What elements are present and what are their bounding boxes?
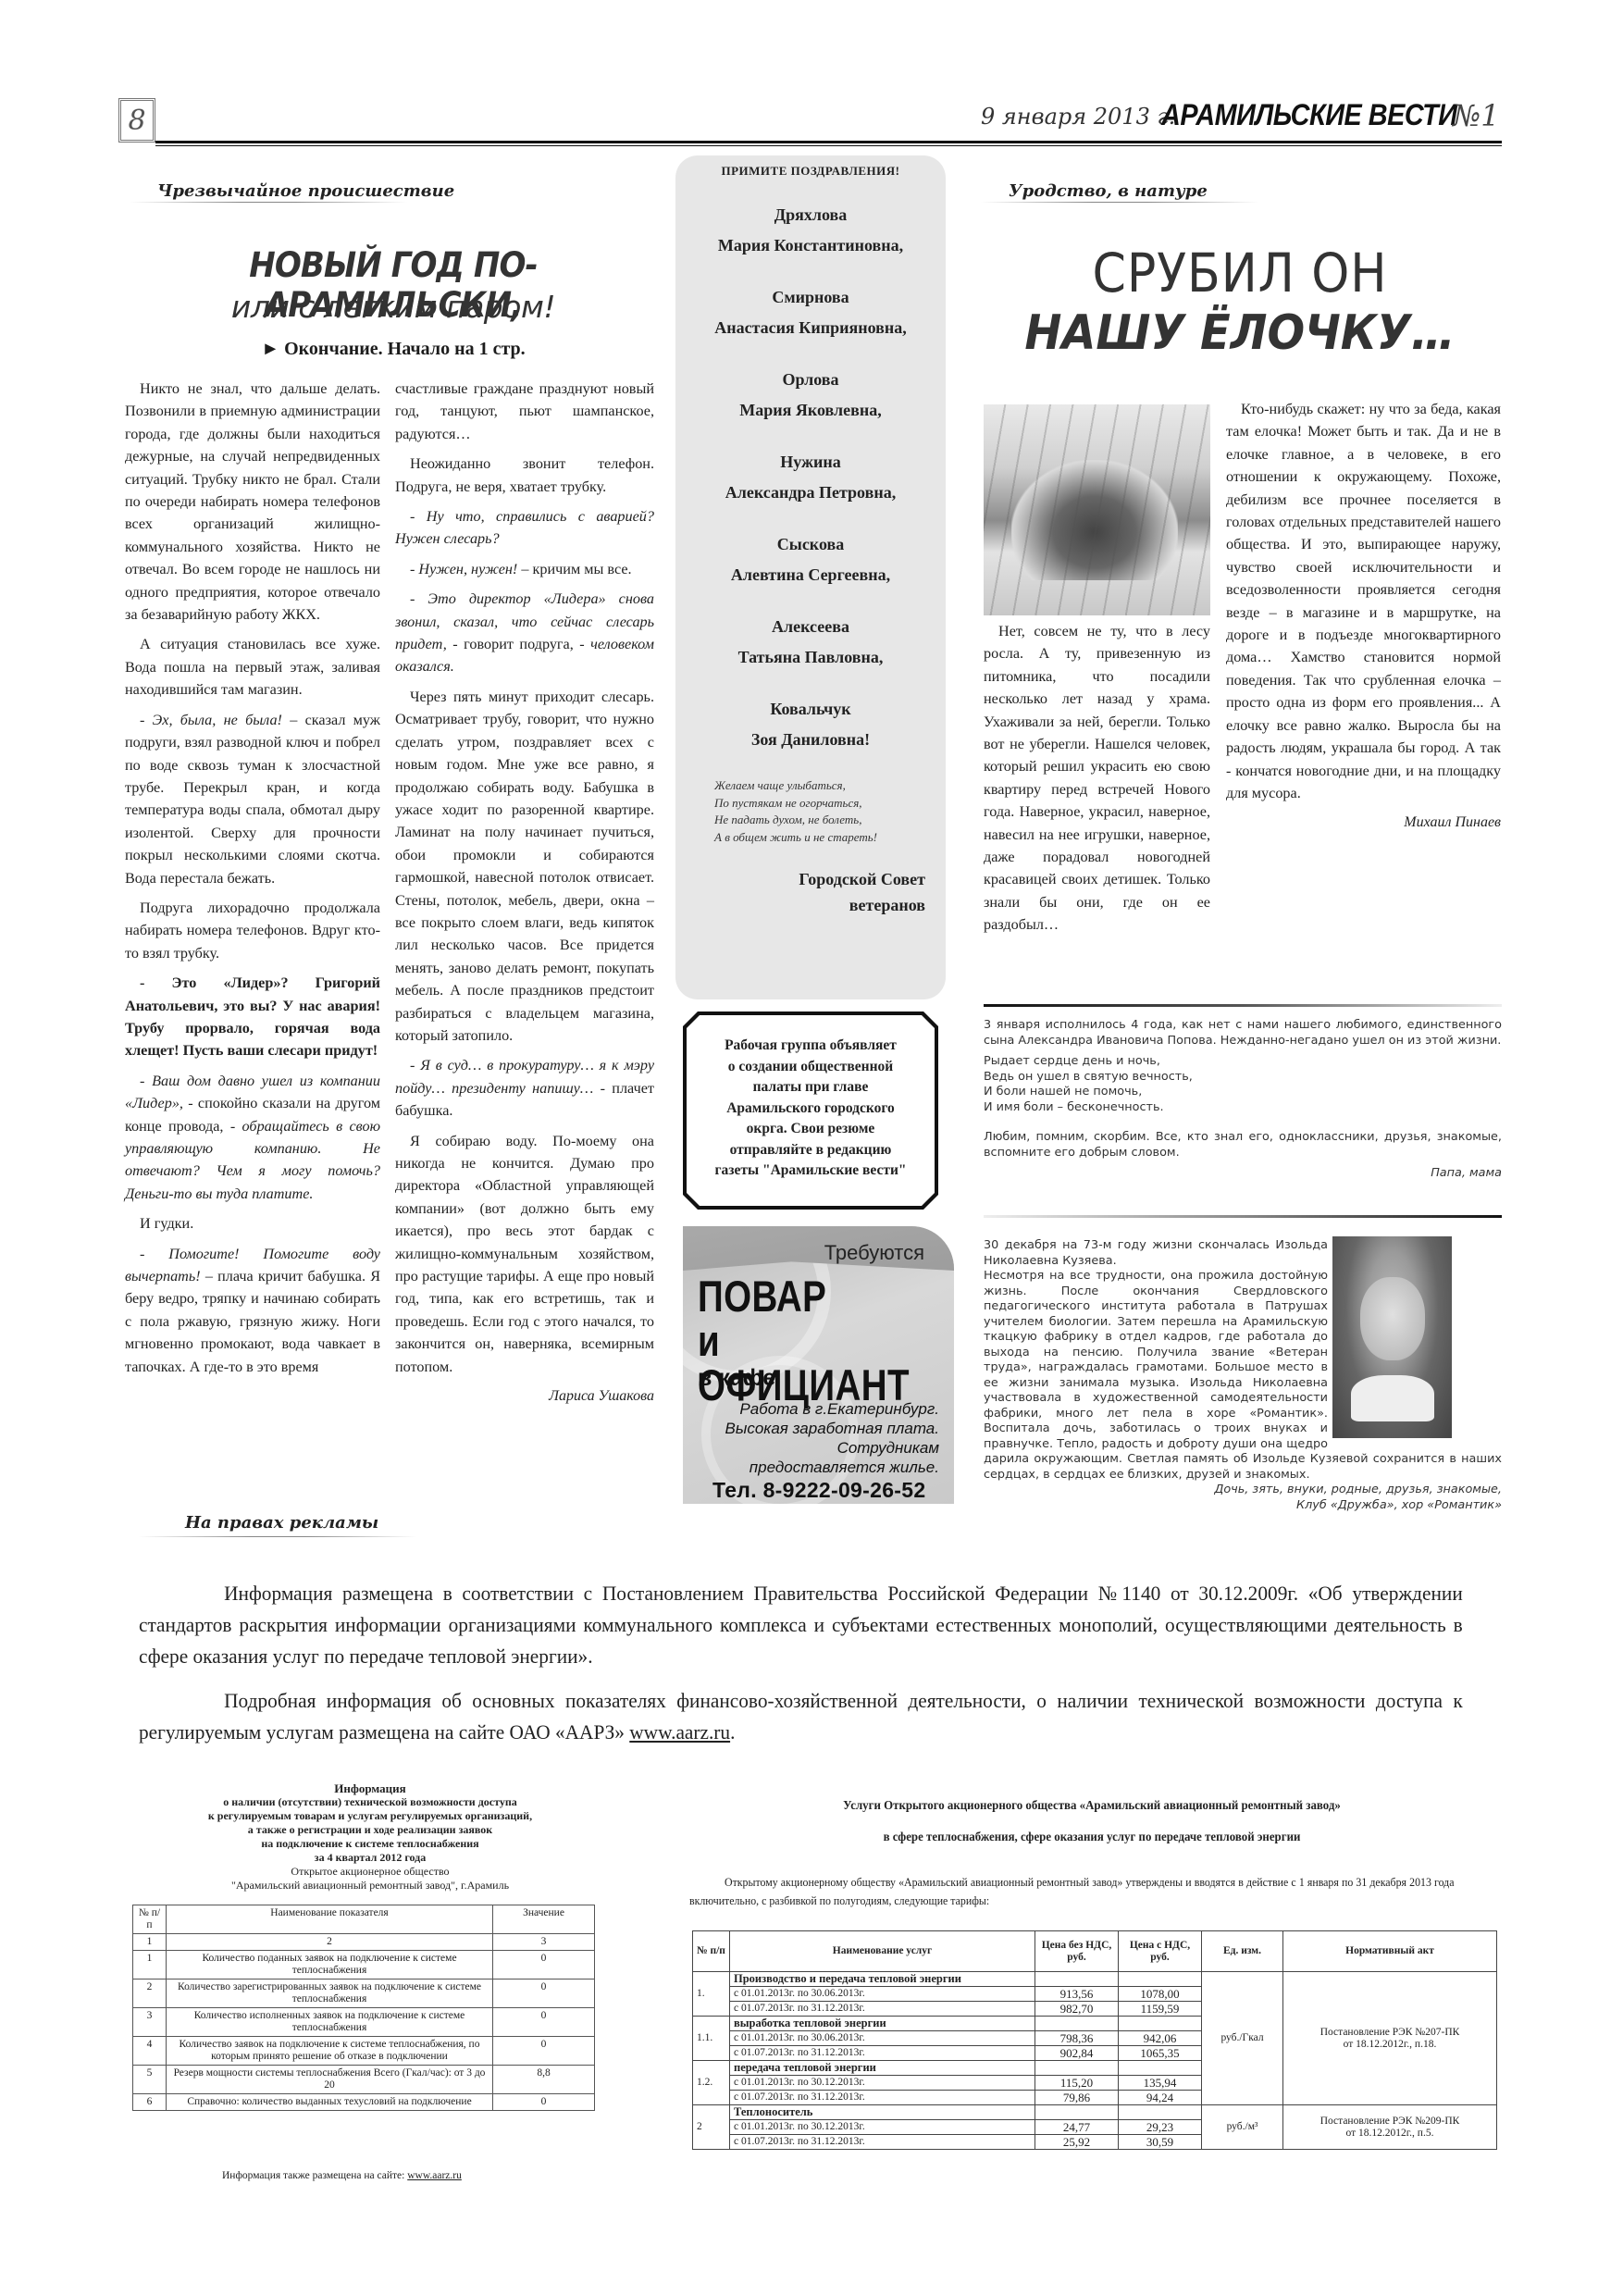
paragraph: - Ну что, справились с аварией? Нужен сл…: [395, 505, 654, 551]
surname: Смирнова: [675, 282, 946, 313]
announcement-line: газеты "Арамильские вести": [687, 1160, 935, 1182]
paragraph: - Это директор «Лидера» снова звонил, ск…: [395, 588, 654, 678]
tariff-title: Услуги Открытого акционерного общества «…: [722, 1791, 1462, 1854]
ad-required-label: Требуются: [824, 1241, 924, 1265]
quote-italic: - Нужен, нужен!: [410, 561, 517, 577]
paragraph: А ситуация становилась все хуже. Вода по…: [125, 633, 380, 701]
table-row: 1. Производство и передача тепловой энер…: [693, 1972, 1497, 1987]
quote-italic: - Ну что, справились с аварией? Нужен сл…: [395, 508, 654, 547]
surname: Дряхлова: [675, 200, 946, 230]
period: с 01.07.2013г. по 31.12.2013г.: [730, 2002, 1035, 2017]
quote-bold: - Это «Лидер»? Григорий Анатольевич, это…: [125, 974, 380, 1059]
unit: руб./Гкал: [1202, 1972, 1283, 2105]
author-signature: Михаил Пинаев: [1226, 812, 1501, 834]
surname: Орлова: [675, 365, 946, 395]
act-line: Постановление РЭК №209-ПК: [1287, 2116, 1493, 2128]
row-value: 0: [493, 1980, 595, 2008]
service-name: передача тепловой энергии: [730, 2061, 1035, 2076]
greetings-box: ПРИМИТЕ ПОЗДРАВЛЕНИЯ! ДряхловаМария Конс…: [675, 155, 946, 999]
given-name: Александра Петровна,: [675, 478, 946, 508]
row-number: 1: [133, 1951, 167, 1980]
price-net: 115,20: [1035, 2076, 1119, 2091]
table-row: 3Количество исполненных заявок на подклю…: [133, 2008, 595, 2037]
paragraph: Нет, совсем не ту, что в лесу росла. А т…: [984, 620, 1210, 937]
row-name: Количество поданных заявок на подключени…: [167, 1951, 493, 1980]
table-header-row: № п/п Наименование услуг Цена без НДС, р…: [693, 1931, 1497, 1972]
tariff-title-line: в сфере теплоснабжения, сфере оказания у…: [722, 1822, 1462, 1854]
row-value: 8,8: [493, 2066, 595, 2094]
table-header-numbers: 1 2 3: [133, 1934, 595, 1951]
ad-detail-line: Работа в г.Екатеринбург.: [725, 1399, 939, 1419]
table-row: 6Справочно: количество выданных техуслов…: [133, 2094, 595, 2111]
section-divider: [984, 1004, 1502, 1007]
article-right-column-1: Нет, совсем не ту, что в лесу росла. А т…: [984, 620, 1210, 944]
table-row: 5Резерв мощности системы теплоснабжения …: [133, 2066, 595, 2094]
row-name: Количество зарегистрированных заявок на …: [167, 1980, 493, 2008]
paragraph: Подруга лихорадочно продолжала набирать …: [125, 897, 380, 964]
obituary-text: 30 декабря на 73-м году жизни скончалась…: [984, 1238, 1328, 1269]
poem-line: По пустякам не огорчаться,: [714, 795, 946, 813]
price-gross: 135,94: [1119, 2076, 1202, 2091]
column-header: № п/п: [133, 1905, 167, 1934]
price-net: 24,77: [1035, 2120, 1119, 2135]
info-subtitle-line: о наличии (отсутствии) технической возмо…: [143, 1795, 597, 1809]
disclosure-text: Информация размещена в соответствии с По…: [139, 1578, 1463, 1761]
ad-headline-line: и ОФИЦИАНТ: [698, 1319, 910, 1408]
poem-line: Желаем чаще улыбаться,: [714, 777, 946, 795]
table-row: 2Количество зарегистрированных заявок на…: [133, 1980, 595, 2008]
row-name: Количество исполненных заявок на подключ…: [167, 2008, 493, 2037]
normative-act: Постановление РЭК №209-ПКот 18.12.2012г.…: [1283, 2105, 1497, 2150]
greeting-name: СысковаАлевтина Сергеевна,: [675, 529, 946, 590]
info-subtitle-line: за 4 квартал 2012 года: [143, 1851, 597, 1865]
given-name: Мария Яковлевна,: [675, 395, 946, 426]
info-table-note: Информация также размещена на сайте: www…: [222, 2170, 462, 2181]
info-table-title: Информация о наличии (отсутствии) технич…: [143, 1781, 597, 1893]
price-gross: 942,06: [1119, 2031, 1202, 2046]
website-link[interactable]: www.aarz.ru: [629, 1720, 730, 1744]
disclosure-paragraph: Подробная информация об основных показат…: [139, 1685, 1463, 1748]
column-number: 1: [133, 1934, 167, 1951]
article-title-line-1: СРУБИЛ ОН: [1007, 242, 1473, 304]
normative-act: Постановление РЭК №207-ПКот 18.12.2012г.…: [1283, 1972, 1497, 2105]
row-number: 1.: [693, 1972, 730, 2017]
info-subtitle-line: к регулируемым товарам и услугам регулир…: [143, 1809, 597, 1823]
greetings-title: ПРИМИТЕ ПОЗДРАВЛЕНИЯ!: [675, 164, 946, 179]
article-title-line-2: НАШУ ЁЛОЧКУ…: [1001, 305, 1478, 361]
punctuation: .: [730, 1720, 735, 1744]
paragraph: - Эх, была, не была! – сказал муж подруг…: [125, 709, 380, 889]
given-name: Алевтина Сергеевна,: [675, 560, 946, 590]
row-value: 0: [493, 2008, 595, 2037]
tariff-intro-text: Открытому акционерному обществу «Арамиль…: [689, 1876, 1455, 1907]
column-header: Цена с НДС, руб.: [1119, 1931, 1202, 1972]
paragraph: Неожиданно звонит телефон. Подруга, не в…: [395, 453, 654, 498]
advertising-label: На правах рекламы: [185, 1513, 378, 1533]
rubric-ugliness: Уродство, в натуре: [1009, 181, 1208, 201]
poem-line: И боли нашей не помочь,: [984, 1085, 1502, 1100]
column-header: Наименование услуг: [730, 1931, 1035, 1972]
price-net: 798,36: [1035, 2031, 1119, 2046]
period: с 01.01.2013г. по 30.12.2013г.: [730, 2120, 1035, 2135]
obituary-poem: Рыдает сердце день и ночь, Ведь он ушел …: [984, 1054, 1502, 1115]
announcement-line: палаты при главе: [687, 1077, 935, 1098]
column-number: 2: [167, 1934, 493, 1951]
given-name: Анастасия Киприяновна,: [675, 313, 946, 343]
paragraph: - Нужен, нужен! – кричим мы все.: [395, 558, 654, 580]
article-subtitle: или с легким паром!: [125, 289, 662, 325]
given-name: Мария Константиновна,: [675, 230, 946, 261]
greeting-name: ОрловаМария Яковлевна,: [675, 365, 946, 426]
column-header: Значение: [493, 1905, 595, 1934]
article-left-column-2: счастливые граждане празднуют новый год,…: [395, 378, 654, 1415]
poem-line: Ведь он ушел в святую вечность,: [984, 1070, 1502, 1086]
greeting-name: СмирноваАнастасия Киприяновна,: [675, 282, 946, 343]
poem-line: А в общем жить и не стареть!: [714, 829, 946, 847]
surname: Алексеева: [675, 612, 946, 642]
info-org: "Арамильский авиационный ремонтный завод…: [143, 1879, 597, 1893]
poem-line: Не падать духом, не болеть,: [714, 812, 946, 829]
obituary-signature: Клуб «Дружба», хор «Романтик»: [984, 1498, 1502, 1514]
row-number: 6: [133, 2094, 167, 2111]
price-gross: 94,24: [1119, 2091, 1202, 2105]
row-name: Количество заявок на подключение к систе…: [167, 2037, 493, 2066]
announcement-line: отправляйте в редакцию: [687, 1140, 935, 1161]
info-title: Информация: [143, 1781, 597, 1795]
unit: руб./м³: [1202, 2105, 1283, 2150]
paragraph: Через пять минут приходит слесарь. Осмат…: [395, 686, 654, 1048]
info-subtitle-line: а также о регистрации и ходе реализации …: [143, 1823, 597, 1837]
paragraph: И гудки.: [125, 1212, 380, 1235]
obituary-kuzyaeva-body: Несмотря на все трудности, она прожила д…: [984, 1269, 1502, 1513]
price-gross: 1065,35: [1119, 2046, 1202, 2061]
row-number: 3: [133, 2008, 167, 2037]
service-name: Производство и передача тепловой энергии: [730, 1972, 1035, 1987]
rubric-underline: [139, 1536, 416, 1537]
table-row: 2 Теплоноситель руб./м³ Постановление РЭ…: [693, 2105, 1497, 2120]
paragraph: Кто-нибудь скажет: ну что за беда, какая…: [1226, 398, 1501, 804]
rubric-underline: [981, 202, 1258, 203]
row-name: Резерв мощности системы теплоснабжения В…: [167, 2066, 493, 2094]
period: с 01.07.2013г. по 31.12.2013г.: [730, 2135, 1035, 2150]
column-number: 3: [493, 1934, 595, 1951]
paragraph: Никто не знал, что дальше делать. Позвон…: [125, 378, 380, 626]
surname: Сыскова: [675, 529, 946, 560]
act-line: от 18.12.2012г., п.18.: [1287, 2039, 1493, 2051]
ad-detail-line: Высокая заработная плата.: [725, 1419, 939, 1438]
info-subtitle-line: на подключение к системе теплоснабжения: [143, 1837, 597, 1851]
ad-detail-line: Сотрудникам: [725, 1438, 939, 1458]
continuation-note: ► Окончание. Начало на 1 стр.: [125, 339, 662, 360]
disclosure-text-span: Подробная информация об основных показат…: [139, 1689, 1463, 1744]
website-link[interactable]: www.aarz.ru: [407, 2170, 462, 2181]
obituary-text: 3 января исполнилось 4 года, как нет с н…: [984, 1018, 1502, 1049]
ad-headline-line: ПОВАР: [698, 1274, 910, 1319]
paragraph: - Я в суд… в прокуратуру… я к мэру пойду…: [395, 1054, 654, 1122]
info-table: № п/п Наименование показателя Значение 1…: [132, 1905, 595, 2111]
article-right-column-2: Кто-нибудь скажет: ну что за беда, какая…: [1226, 398, 1501, 842]
row-number: 1.1.: [693, 2017, 730, 2061]
service-name: выработка тепловой энергии: [730, 2017, 1035, 2031]
given-name: Татьяна Павловна,: [675, 642, 946, 673]
period: с 01.01.2013г. по 30.12.2013г.: [730, 2076, 1035, 2091]
article-left-column-1: Никто не знал, что дальше делать. Позвон…: [125, 378, 380, 1385]
service-name: Теплоноситель: [730, 2105, 1035, 2120]
info-org: Открытое акционерное общество: [143, 1865, 597, 1879]
poem-line: И имя боли – бесконечность.: [984, 1100, 1502, 1116]
greeting-name: АлексееваТатьяна Павловна,: [675, 612, 946, 673]
tree-photo: [984, 404, 1210, 615]
ad-detail-line: предоставляется жилье.: [725, 1458, 939, 1477]
paragraph: Я собираю воду. По-моему она никогда не …: [395, 1130, 654, 1378]
newspaper-title: АРАМИЛЬСКИЕ ВЕСТИ: [1161, 98, 1457, 132]
row-value: 0: [493, 2094, 595, 2111]
quote-italic: - Эх, была, не была!: [140, 712, 282, 728]
greeting-name: НужинаАлександра Петровна,: [675, 447, 946, 508]
disclosure-paragraph: Информация размещена в соответствии с По…: [139, 1578, 1463, 1672]
quote-text: – сказал муж подруги, взял разводной клю…: [125, 712, 380, 887]
section-divider: [984, 1215, 1502, 1218]
poem-line: Рыдает сердце день и ночь,: [984, 1054, 1502, 1070]
price-net: 79,86: [1035, 2091, 1119, 2105]
announcement-line: Рабочая группа объявляет: [687, 1036, 935, 1057]
tariff-intro: Открытому акционерному обществу «Арамиль…: [689, 1873, 1455, 1910]
obituary-signature: Дочь, зять, внуки, родные, друзья, знако…: [984, 1483, 1502, 1498]
row-name: Справочно: количество выданных техуслови…: [167, 2094, 493, 2111]
greeting-name: ДряхловаМария Константиновна,: [675, 200, 946, 261]
quote-text: - говорит подруга,: [447, 636, 580, 652]
row-number: 2: [133, 1980, 167, 2008]
given-name: Зоя Даниловна!: [675, 725, 946, 755]
tariff-title-line: Услуги Открытого акционерного общества «…: [722, 1791, 1462, 1822]
surname: Ковальчук: [675, 694, 946, 725]
act-line: от 18.12.2012г., п.5.: [1287, 2128, 1493, 2140]
period: с 01.07.2013г. по 31.12.2013г.: [730, 2046, 1035, 2061]
price-net: 902,84: [1035, 2046, 1119, 2061]
page-number: 8: [118, 98, 155, 143]
obituary-signature: Папа, мама: [984, 1166, 1502, 1182]
rubric-emergency: Чрезвычайное происшествие: [157, 181, 454, 201]
ad-details: Работа в г.Екатеринбург. Высокая заработ…: [725, 1399, 939, 1477]
paragraph: - Ваш дом давно ушел из компании «Лидер»…: [125, 1070, 380, 1205]
act-line: Постановление РЭК №207-ПК: [1287, 2027, 1493, 2039]
greeting-name: КовальчукЗоя Даниловна!: [675, 694, 946, 755]
rubric-underline: [130, 202, 407, 203]
greetings-signature: Городской Совет ветеранов: [675, 866, 925, 918]
row-number: 5: [133, 2066, 167, 2094]
price-gross: 1078,00: [1119, 1987, 1202, 2002]
column-header: Цена без НДС, руб.: [1035, 1931, 1119, 1972]
price-gross: 29,23: [1119, 2120, 1202, 2135]
row-number: 4: [133, 2037, 167, 2066]
note-text: Информация также размещена на сайте:: [222, 2170, 407, 2181]
tariff-table: № п/п Наименование услуг Цена без НДС, р…: [692, 1930, 1497, 2150]
paragraph: - Это «Лидер»? Григорий Анатольевич, это…: [125, 972, 380, 1062]
greetings-poem: Желаем чаще улыбаться, По пустякам не ог…: [714, 777, 946, 846]
ad-phone: Тел. 8-9222-09-26-52: [712, 1478, 925, 1503]
obituary-closing: Любим, помним, скорбим. Все, кто знал ег…: [984, 1130, 1502, 1160]
table-header-row: № п/п Наименование показателя Значение: [133, 1905, 595, 1934]
table-row: 4Количество заявок на подключение к сист…: [133, 2037, 595, 2066]
paragraph: счастливые граждане празднуют новый год,…: [395, 378, 654, 445]
price-gross: 30,59: [1119, 2135, 1202, 2150]
obituary-kuzyaeva: 30 декабря на 73-м году жизни скончалась…: [984, 1238, 1328, 1269]
paragraph: - Помогите! Помогите воду вычерпать! – п…: [125, 1243, 380, 1378]
price-net: 913,56: [1035, 1987, 1119, 2002]
price-net: 25,92: [1035, 2135, 1119, 2150]
price-gross: 1159,59: [1119, 2002, 1202, 2017]
column-header: Ед. изм.: [1202, 1931, 1283, 1972]
issue-number: №1: [1453, 98, 1500, 133]
issue-date: 9 января 2013 г.: [981, 104, 1175, 130]
row-value: 0: [493, 2037, 595, 2066]
period: с 01.01.2013г. по 30.06.2013г.: [730, 2031, 1035, 2046]
column-header: Наименование показателя: [167, 1905, 493, 1934]
quote-text: – кричим мы все.: [517, 561, 631, 577]
price-net: 982,70: [1035, 2002, 1119, 2017]
row-number: 2: [693, 2105, 730, 2150]
announcement-line: о создании общественной: [687, 1057, 935, 1078]
row-value: 0: [493, 1951, 595, 1980]
announcement-box: Рабочая группа объявляет о создании обще…: [687, 1015, 935, 1206]
period: с 01.01.2013г. по 30.06.2013г.: [730, 1987, 1035, 2002]
obituary-text: Несмотря на все трудности, она прожила д…: [984, 1269, 1502, 1483]
obituary-popov: 3 января исполнилось 4 года, как нет с н…: [984, 1018, 1502, 1182]
signature-line: Городской Совет: [675, 866, 925, 892]
ad-place: в кафе: [698, 1365, 775, 1392]
column-header: № п/п: [693, 1931, 730, 1972]
table-row: 1Количество поданных заявок на подключен…: [133, 1951, 595, 1980]
header-rule: [155, 141, 1502, 146]
announcement-line: окрга. Свои резюме: [687, 1119, 935, 1140]
column-header: Нормативный акт: [1283, 1931, 1497, 1972]
announcement-line: Арамильского городского: [687, 1098, 935, 1120]
job-advertisement: Требуются ПОВАРи ОФИЦИАНТ в кафе Работа …: [683, 1226, 954, 1504]
surname: Нужина: [675, 447, 946, 478]
period: с 01.07.2013г. по 31.12.2013г.: [730, 2091, 1035, 2105]
row-number: 1.2.: [693, 2061, 730, 2105]
signature-line: ветеранов: [675, 892, 925, 918]
author-signature: Лариса Ушакова: [395, 1385, 654, 1408]
